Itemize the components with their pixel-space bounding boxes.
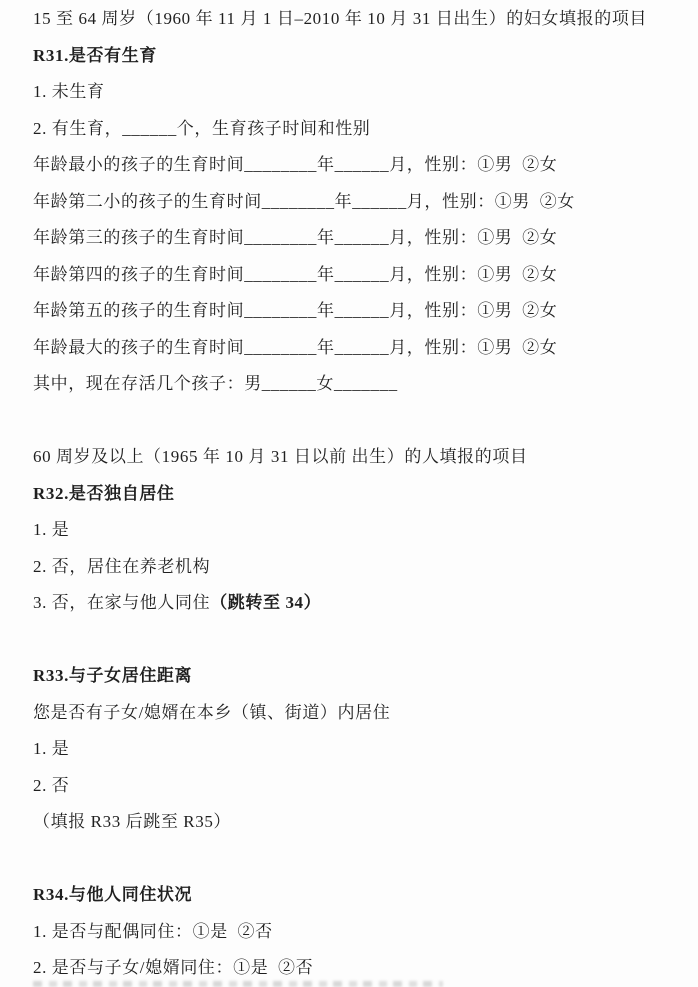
form-line: 15 至 64 周岁（1960 年 11 月 1 日–2010 年 10 月 3…	[33, 1, 688, 38]
document-body: 15 至 64 周岁（1960 年 11 月 1 日–2010 年 10 月 3…	[33, 1, 688, 987]
form-line: 年龄第三的孩子的生育时间________年______月，性别：①男 ②女	[33, 220, 688, 257]
line-segment: R32.是否独自居住	[33, 484, 175, 503]
form-line: 2. 否，居住在养老机构	[33, 549, 688, 586]
blank-line	[33, 622, 688, 659]
line-segment: 2. 否	[33, 776, 69, 795]
line-segment: 3. 否，在家与他人同住	[33, 593, 210, 612]
form-line: 1. 是	[33, 512, 688, 549]
line-segment: 2. 有生育，______个，生育孩子时间和性别	[33, 119, 370, 138]
cutoff-next-line	[33, 981, 443, 987]
form-line: R34.与他人同住状况	[33, 877, 688, 914]
line-segment: 年龄第三的孩子的生育时间________年______月，性别：①男 ②女	[33, 228, 557, 247]
line-segment: R31.是否有生育	[33, 46, 157, 65]
form-line: R32.是否独自居住	[33, 476, 688, 513]
line-segment: 年龄最大的孩子的生育时间________年______月，性别：①男 ②女	[33, 338, 557, 357]
document-page: 15 至 64 周岁（1960 年 11 月 1 日–2010 年 10 月 3…	[0, 0, 698, 987]
line-segment: 2. 是否与子女/媳婿同住：①是 ②否	[33, 958, 313, 977]
form-line: 年龄最小的孩子的生育时间________年______月，性别：①男 ②女	[33, 147, 688, 184]
form-line: 年龄第五的孩子的生育时间________年______月，性别：①男 ②女	[33, 293, 688, 330]
line-segment: 您是否有子女/媳婿在本乡（镇、街道）内居住	[33, 703, 390, 722]
form-line: 1. 未生育	[33, 74, 688, 111]
line-segment: （填报 R33 后跳至 R35）	[33, 812, 231, 831]
form-line: 3. 否，在家与他人同住（跳转至 34）	[33, 585, 688, 622]
line-segment: （跳转至 34）	[210, 593, 321, 612]
form-line: 您是否有子女/媳婿在本乡（镇、街道）内居住	[33, 695, 688, 732]
line-segment: 1. 是	[33, 739, 69, 758]
form-line: R31.是否有生育	[33, 38, 688, 75]
line-segment: 其中，现在存活几个孩子：男______女_______	[33, 374, 398, 393]
line-segment: 年龄最小的孩子的生育时间________年______月，性别：①男 ②女	[33, 155, 557, 174]
form-line: 2. 否	[33, 768, 688, 805]
line-segment: 60 周岁及以上（1965 年 10 月 31 日以前 出生）的人填报的项目	[33, 447, 528, 466]
blank-line	[33, 403, 688, 440]
line-segment: 1. 是	[33, 520, 69, 539]
form-line: 年龄第二小的孩子的生育时间________年______月，性别：①男 ②女	[33, 184, 688, 221]
form-line: 年龄第四的孩子的生育时间________年______月，性别：①男 ②女	[33, 257, 688, 294]
form-line: 1. 是	[33, 731, 688, 768]
form-line: R33.与子女居住距离	[33, 658, 688, 695]
blank-line	[33, 841, 688, 878]
form-line: 2. 有生育，______个，生育孩子时间和性别	[33, 111, 688, 148]
form-line: （填报 R33 后跳至 R35）	[33, 804, 688, 841]
line-segment: 年龄第四的孩子的生育时间________年______月，性别：①男 ②女	[33, 265, 557, 284]
line-segment: 1. 未生育	[33, 82, 105, 101]
line-segment: 2. 否，居住在养老机构	[33, 557, 210, 576]
line-segment: 15 至 64 周岁（1960 年 11 月 1 日–2010 年 10 月 3…	[33, 9, 647, 28]
line-segment: R34.与他人同住状况	[33, 885, 192, 904]
line-segment: 年龄第二小的孩子的生育时间________年______月，性别：①男 ②女	[33, 192, 575, 211]
line-segment: 年龄第五的孩子的生育时间________年______月，性别：①男 ②女	[33, 301, 557, 320]
line-segment: R33.与子女居住距离	[33, 666, 192, 685]
form-line: 60 周岁及以上（1965 年 10 月 31 日以前 出生）的人填报的项目	[33, 439, 688, 476]
form-line: 年龄最大的孩子的生育时间________年______月，性别：①男 ②女	[33, 330, 688, 367]
line-segment: 1. 是否与配偶同住：①是 ②否	[33, 922, 273, 941]
form-line: 1. 是否与配偶同住：①是 ②否	[33, 914, 688, 951]
form-line: 其中，现在存活几个孩子：男______女_______	[33, 366, 688, 403]
